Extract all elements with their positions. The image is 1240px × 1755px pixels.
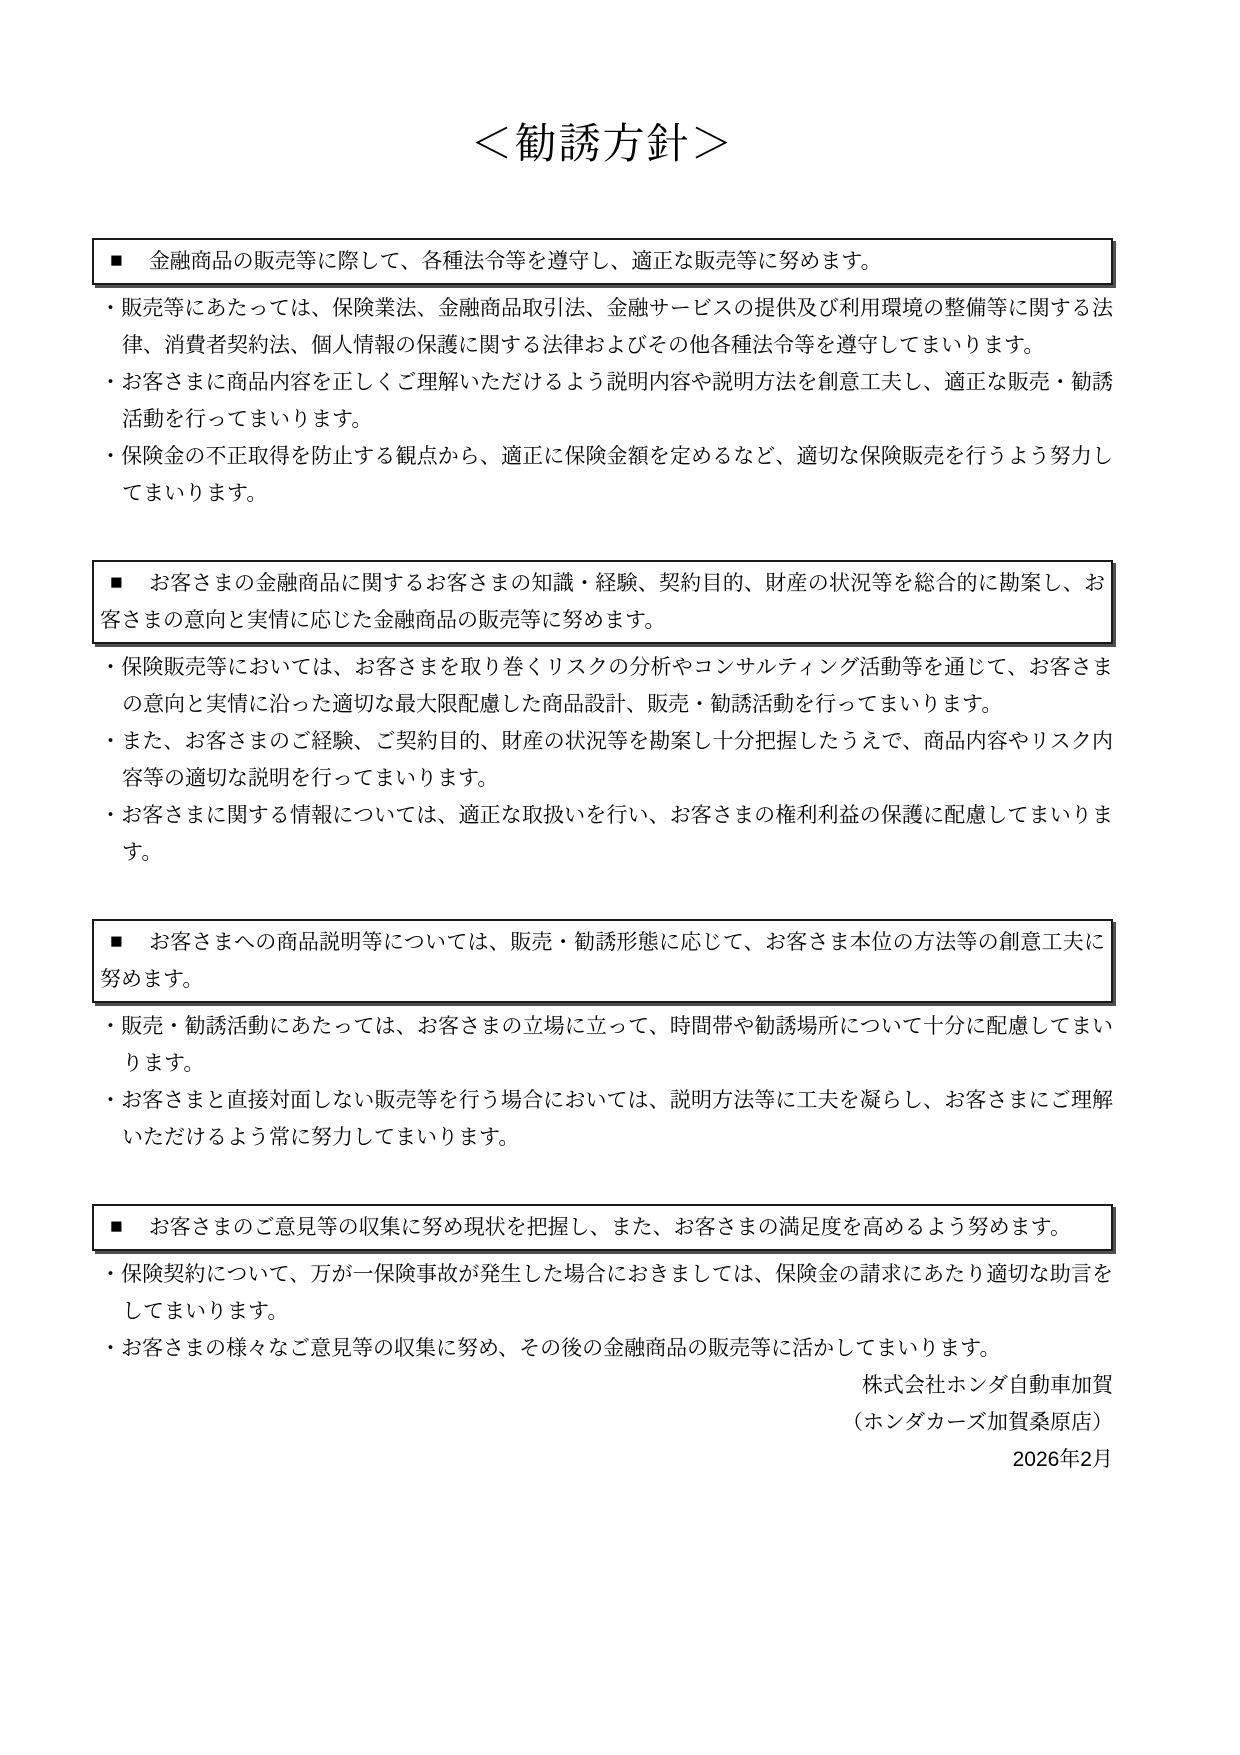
square-bullet-icon: ■ [110,242,123,279]
branch-name: （ホンダカーズ加賀桑原店） [92,1404,1113,1441]
section-items: ・販売等にあたっては、保険業法、金融商品取引法、金融サービスの提供及び利用環境の… [92,290,1113,512]
policy-item: ・保険契約について、万が一保険事故が発生した場合におきましては、保険金の請求にあ… [100,1256,1113,1330]
section-heading-box: ■お客さまへの商品説明等については、販売・勧誘形態に応じて、お客さま本位の方法等… [92,919,1113,1003]
policy-item: ・お客さまに商品内容を正しくご理解いただけるよう説明内容や説明方法を創意工夫し、… [100,364,1113,438]
policy-item: ・お客さまの様々なご意見等の収集に努め、その後の金融商品の販売等に活かしてまいり… [100,1330,1113,1367]
square-bullet-icon: ■ [110,564,123,601]
policy-section-compliance: ■金融商品の販売等に際して、各種法令等を遵守し、適正な販売等に努めます。 ・販売… [92,238,1113,512]
section-heading-text: お客さまへの商品説明等については、販売・勧誘形態に応じて、お客さま本位の方法等の… [100,931,1105,991]
company-name: 株式会社ホンダ自動車加賀 [92,1367,1113,1404]
section-items: ・保険契約について、万が一保険事故が発生した場合におきましては、保険金の請求にあ… [92,1256,1113,1367]
section-heading-text: お客さまの金融商品に関するお客さまの知識・経験、契約目的、財産の状況等を総合的に… [100,572,1105,632]
section-heading-box: ■お客さまのご意見等の収集に努め現状を把握し、また、お客さまの満足度を高めるよう… [92,1204,1113,1251]
section-heading-text: お客さまのご意見等の収集に努め現状を把握し、また、お客さまの満足度を高めるよう努… [149,1216,1071,1239]
policy-item: ・また、お客さまのご経験、ご契約目的、財産の状況等を勘案し十分把握したうえで、商… [100,723,1113,797]
policy-section-suitability: ■お客さまの金融商品に関するお客さまの知識・経験、契約目的、財産の状況等を総合的… [92,560,1113,871]
signature-block: 株式会社ホンダ自動車加賀 （ホンダカーズ加賀桑原店） 2026年2月 [92,1367,1113,1478]
document-content: ＜勧誘方針＞ ■金融商品の販売等に際して、各種法令等を遵守し、適正な販売等に努め… [92,0,1113,1478]
policy-item: ・販売・勧誘活動にあたっては、お客さまの立場に立って、時間帯や勧誘場所について十… [100,1008,1113,1082]
section-heading-box: ■金融商品の販売等に際して、各種法令等を遵守し、適正な販売等に努めます。 [92,238,1113,285]
policy-document-page: ＜勧誘方針＞ ■金融商品の販売等に際して、各種法令等を遵守し、適正な販売等に努め… [0,0,1240,1755]
policy-section-feedback: ■お客さまのご意見等の収集に努め現状を把握し、また、お客さまの満足度を高めるよう… [92,1204,1113,1367]
policy-section-explanation: ■お客さまへの商品説明等については、販売・勧誘形態に応じて、お客さま本位の方法等… [92,919,1113,1156]
policy-item: ・お客さまに関する情報については、適正な取扱いを行い、お客さまの権利利益の保護に… [100,797,1113,871]
policy-item: ・保険金の不正取得を防止する観点から、適正に保険金額を定めるなど、適切な保険販売… [100,438,1113,512]
section-items: ・販売・勧誘活動にあたっては、お客さまの立場に立って、時間帯や勧誘場所について十… [92,1008,1113,1156]
document-date: 2026年2月 [92,1441,1113,1478]
square-bullet-icon: ■ [110,1208,123,1245]
policy-item: ・保険販売等においては、お客さまを取り巻くリスクの分析やコンサルティング活動等を… [100,649,1113,723]
section-items: ・保険販売等においては、お客さまを取り巻くリスクの分析やコンサルティング活動等を… [92,649,1113,871]
policy-item: ・販売等にあたっては、保険業法、金融商品取引法、金融サービスの提供及び利用環境の… [100,290,1113,364]
policy-item: ・お客さまと直接対面しない販売等を行う場合においては、説明方法等に工夫を凝らし、… [100,1082,1113,1156]
section-heading-box: ■お客さまの金融商品に関するお客さまの知識・経験、契約目的、財産の状況等を総合的… [92,560,1113,644]
section-heading-text: 金融商品の販売等に際して、各種法令等を遵守し、適正な販売等に努めます。 [149,250,882,273]
page-title: ＜勧誘方針＞ [92,0,1113,170]
square-bullet-icon: ■ [110,923,123,960]
